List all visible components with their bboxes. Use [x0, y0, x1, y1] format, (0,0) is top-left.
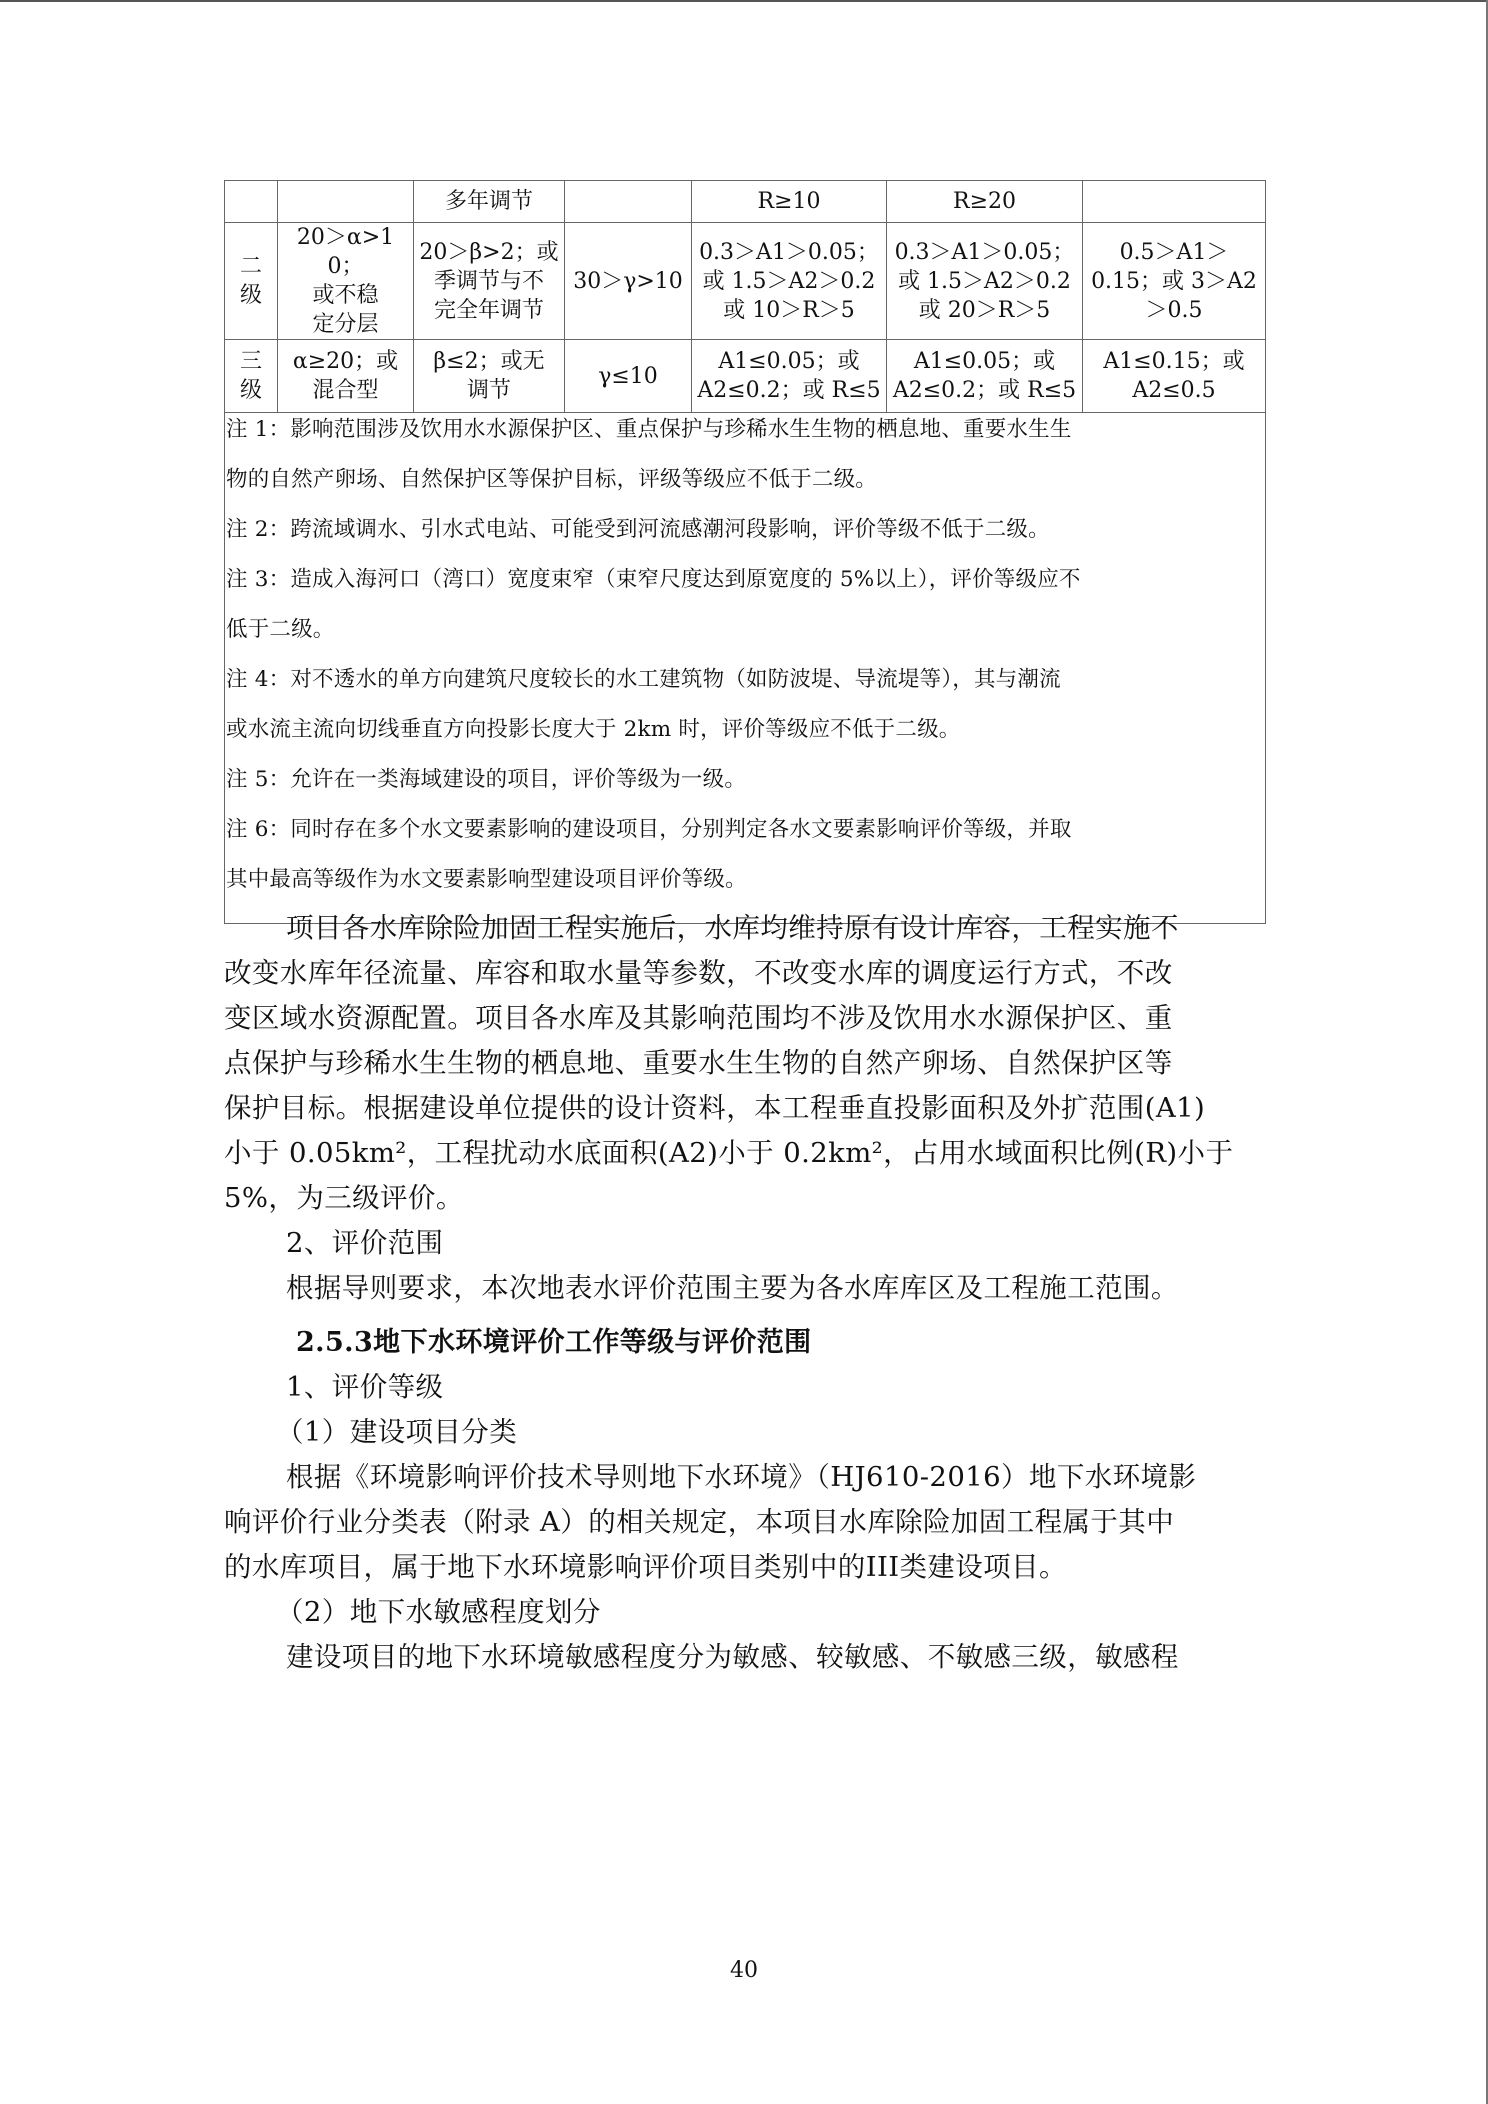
paragraph-scope: 根据导则要求，本次地表水评价范围主要为各水库库区及工程施工范围。 [224, 1266, 1272, 1311]
section-heading: 2.5.3地下水环境评价工作等级与评价范围 [224, 1321, 1272, 1365]
cell-text: A1≤0.15；或 [1084, 347, 1264, 376]
subitem-project-classification: （1）建设项目分类 [224, 1410, 1272, 1455]
cell-text: R≥20 [888, 187, 1081, 216]
cell-text: 30＞γ>10 [566, 267, 690, 296]
note-line: 注 4：对不透水的单方向建筑尺度较长的水工建筑物（如防波堤、导流堤等），其与潮流 [226, 667, 1265, 692]
table-cell [278, 181, 414, 223]
note-line: 其中最高等级作为水文要素影响型建设项目评价等级。 [226, 867, 1265, 892]
note-line: 注 5：允许在一类海域建设的项目，评价等级为一级。 [226, 767, 1265, 792]
table-cell: A1≤0.05；或A2≤0.2；或 R≤5 [692, 340, 887, 413]
hydrology-grade-table: 多年调节R≥10R≥20二级20＞α>10；或不稳定分层20＞β>2；或季调节与… [224, 180, 1266, 924]
cell-text: ＞0.5 [1084, 296, 1264, 325]
cell-text: 20＞β>2；或 [415, 238, 563, 267]
cell-text: 0.15；或 3＞A2 [1084, 267, 1264, 296]
table-cell: γ≤10 [565, 340, 692, 413]
grade-cell: 二级 [225, 223, 278, 340]
note-line: 或水流主流向切线垂直方向投影长度大于 2km 时，评价等级应不低于二级。 [226, 717, 1265, 742]
cell-text: γ≤10 [566, 362, 690, 391]
subitem-label: （2）地下水敏感程度划分 [224, 1590, 1272, 1635]
cell-text: β≤2；或无 [415, 347, 563, 376]
subitem-label: （1）建设项目分类 [224, 1410, 1272, 1455]
page-top-edge [0, 0, 1488, 2]
cell-text: α≥20；或 [279, 347, 412, 376]
table-cell: R≥10 [692, 181, 887, 223]
table-cell: 30＞γ>10 [565, 223, 692, 340]
table-row: 二级20＞α>10；或不稳定分层20＞β>2；或季调节与不完全年调节30＞γ>1… [225, 223, 1266, 340]
note-line: 注 6：同时存在多个水文要素影响的建设项目，分别判定各水文要素影响评价等级，并取 [226, 817, 1265, 842]
paragraph-line: 根据导则要求，本次地表水评价范围主要为各水库库区及工程施工范围。 [224, 1266, 1272, 1311]
table-cell: A1≤0.15；或A2≤0.5 [1083, 340, 1266, 413]
paragraph-line: 小于 0.05km²，工程扰动水底面积(A2)小于 0.2km²，占用水域面积比… [224, 1131, 1272, 1176]
page-number: 40 [0, 1958, 1488, 1983]
table-cell: 多年调节 [414, 181, 565, 223]
cell-text: 级 [226, 376, 276, 405]
paragraph-line: 项目各水库除险加固工程实施后，水库均维持原有设计库容，工程实施不 [224, 906, 1272, 951]
table-notes: 注 1：影响范围涉及饮用水水源保护区、重点保护与珍稀水生生物的栖息地、重要水生生… [225, 413, 1266, 924]
paragraph-classification: 根据《环境影响评价技术导则地下水环境》（HJ610-2016）地下水环境影 响评… [224, 1455, 1272, 1590]
notes-row: 注 1：影响范围涉及饮用水水源保护区、重点保护与珍稀水生生物的栖息地、重要水生生… [225, 413, 1266, 924]
item-label: 1、评价等级 [224, 1365, 1272, 1410]
cell-text: 季调节与不 [415, 267, 563, 296]
cell-text: 或 10＞R＞5 [693, 296, 885, 325]
cell-text: A2≤0.2；或 R≤5 [888, 376, 1081, 405]
paragraph-line: 响评价行业分类表（附录 A）的相关规定，本项目水库除险加固工程属于其中 [224, 1500, 1272, 1545]
paragraph-sensitivity: 建设项目的地下水环境敏感程度分为敏感、较敏感、不敏感三级，敏感程 [224, 1635, 1272, 1680]
grade-cell [225, 181, 278, 223]
note-line: 低于二级。 [226, 617, 1265, 642]
cell-text: 0.3＞A1＞0.05； [693, 238, 885, 267]
table-cell: α≥20；或混合型 [278, 340, 414, 413]
body-text: 项目各水库除险加固工程实施后，水库均维持原有设计库容，工程实施不 改变水库年径流… [224, 906, 1272, 1680]
table-cell [1083, 181, 1266, 223]
cell-text: 0.5＞A1＞ [1084, 238, 1264, 267]
cell-text: A2≤0.2；或 R≤5 [693, 376, 885, 405]
table-cell: 0.5＞A1＞0.15；或 3＞A2＞0.5 [1083, 223, 1266, 340]
paragraph-line: 改变水库年径流量、库容和取水量等参数，不改变水库的调度运行方式，不改 [224, 951, 1272, 996]
cell-text: 多年调节 [415, 187, 563, 216]
paragraph-line: 变区域水资源配置。项目各水库及其影响范围均不涉及饮用水水源保护区、重 [224, 996, 1272, 1041]
table-cell: 20＞β>2；或季调节与不完全年调节 [414, 223, 565, 340]
table-cell [565, 181, 692, 223]
cell-text: 二 [226, 252, 276, 281]
table-row: 多年调节R≥10R≥20 [225, 181, 1266, 223]
table-cell: R≥20 [887, 181, 1083, 223]
paragraph-line: 点保护与珍稀水生生物的栖息地、重要水生生物的自然产卵场、自然保护区等 [224, 1041, 1272, 1086]
cell-text: 三 [226, 347, 276, 376]
table-cell: 20＞α>10；或不稳定分层 [278, 223, 414, 340]
cell-text: 0.3＞A1＞0.05； [888, 238, 1081, 267]
cell-text: 定分层 [279, 310, 412, 339]
cell-text: R≥10 [693, 187, 885, 216]
item-evaluation-grade: 1、评价等级 [224, 1365, 1272, 1410]
note-line: 物的自然产卵场、自然保护区等保护目标，评级等级应不低于二级。 [226, 467, 1265, 492]
subitem-sensitivity: （2）地下水敏感程度划分 [224, 1590, 1272, 1635]
item-label: 2、评价范围 [224, 1221, 1272, 1266]
paragraph-line: 建设项目的地下水环境敏感程度分为敏感、较敏感、不敏感三级，敏感程 [224, 1635, 1272, 1680]
paragraph-line: 保护目标。根据建设单位提供的设计资料，本工程垂直投影面积及外扩范围(A1) [224, 1086, 1272, 1131]
paragraph-line: 的水库项目，属于地下水环境影响评价项目类别中的III类建设项目。 [224, 1545, 1272, 1590]
cell-text: 或 20＞R＞5 [888, 296, 1081, 325]
cell-text: 混合型 [279, 376, 412, 405]
cell-text: A2≤0.5 [1084, 376, 1264, 405]
table-cell: 0.3＞A1＞0.05；或 1.5＞A2＞0.2或 20＞R＞5 [887, 223, 1083, 340]
cell-text: A1≤0.05；或 [888, 347, 1081, 376]
cell-text: 完全年调节 [415, 296, 563, 325]
table-cell: 0.3＞A1＞0.05；或 1.5＞A2＞0.2或 10＞R＞5 [692, 223, 887, 340]
table-cell: β≤2；或无调节 [414, 340, 565, 413]
cell-text: 或 1.5＞A2＞0.2 [888, 267, 1081, 296]
cell-text: 级 [226, 281, 276, 310]
cell-text: 20＞α>10； [279, 223, 412, 281]
table-row: 三级α≥20；或混合型β≤2；或无调节γ≤10A1≤0.05；或A2≤0.2；或… [225, 340, 1266, 413]
cell-text: A1≤0.05；或 [693, 347, 885, 376]
table-cell: A1≤0.05；或A2≤0.2；或 R≤5 [887, 340, 1083, 413]
cell-text: 调节 [415, 376, 563, 405]
cell-text: 或不稳 [279, 281, 412, 310]
cell-text: 或 1.5＞A2＞0.2 [693, 267, 885, 296]
note-line: 注 1：影响范围涉及饮用水水源保护区、重点保护与珍稀水生生物的栖息地、重要水生生 [226, 417, 1265, 442]
note-line: 注 3：造成入海河口（湾口）宽度束窄（束窄尺度达到原宽度的 5%以上），评价等级… [226, 567, 1265, 592]
grade-cell: 三级 [225, 340, 278, 413]
paragraph-surface-water-grade: 项目各水库除险加固工程实施后，水库均维持原有设计库容，工程实施不 改变水库年径流… [224, 906, 1272, 1221]
paragraph-line: 5%，为三级评价。 [224, 1176, 1272, 1221]
note-line: 注 2：跨流域调水、引水式电站、可能受到河流感潮河段影响，评价等级不低于二级。 [226, 517, 1265, 542]
paragraph-line: 根据《环境影响评价技术导则地下水环境》（HJ610-2016）地下水环境影 [224, 1455, 1272, 1500]
item-evaluation-scope: 2、评价范围 [224, 1221, 1272, 1266]
